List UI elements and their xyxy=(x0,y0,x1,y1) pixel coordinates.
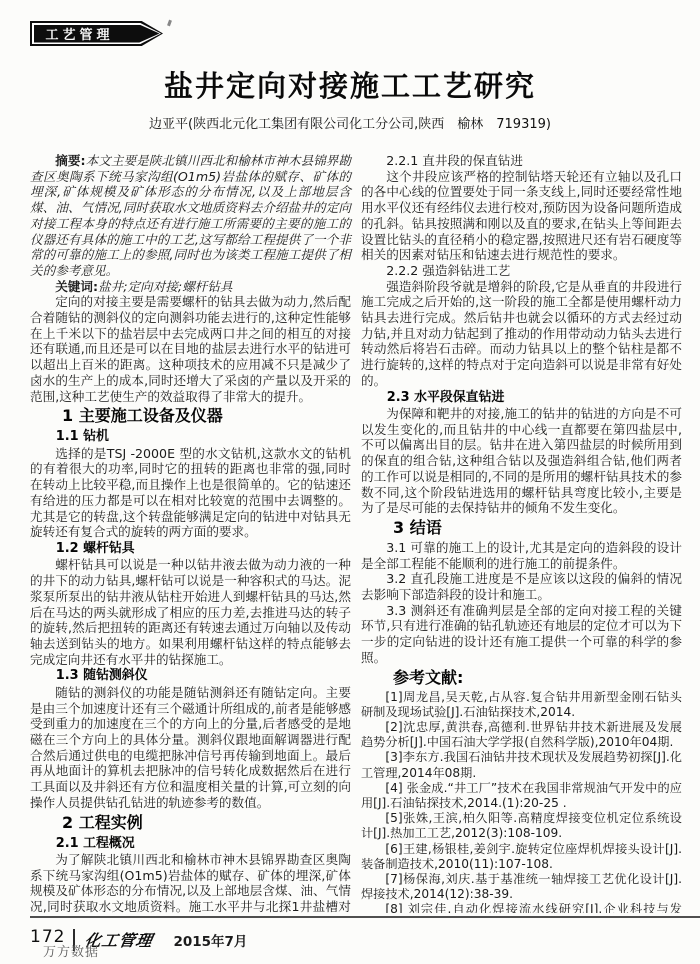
section-heading-equipment: 1 主要施工设备及仪器 xyxy=(30,404,351,428)
abstract-label: 摘要: xyxy=(55,153,85,168)
reference-item: [1]周龙昌,吴天乾,占从容.复合钻井用新型金刚石钻头研制及现场试验[J].石油… xyxy=(361,690,682,720)
paragraph-vertical: 这个井段应该严格的控制钻塔天轮还有立轴以及孔口的各中心线的位置要处于同一条支线上… xyxy=(361,169,682,263)
keywords-line: 关键词:盐井;定向对接;螺杆钻具 xyxy=(30,279,351,295)
paragraph-screw: 螺杆钻具可以说是一种以钻井液去做为动力液的一种的井下的动力钻具,螺杆钻可以说是一… xyxy=(30,557,351,667)
subsection-heading-screw: 1.2 螺杆钻具 xyxy=(30,540,351,558)
reference-item: [3]李东方.我国石油钻井技术现状及发展趋势初探[J].化工管理,2014年08… xyxy=(361,750,682,780)
subsubsection-heading-deviation: 2.2.2 强造斜钻进工艺 xyxy=(361,263,682,279)
reference-item: [6]王建,杨银桂,姜剑宇.旋转定位座焊机焊接头设计[J].装备制造技术,201… xyxy=(361,842,682,872)
author-line: 边亚平(陕西北元化工集团有限公司化工分公司,陕西 榆林 719319) xyxy=(0,113,700,132)
paragraph-mwd: 随钻的测斜仪的功能是随钻测斜还有随钻定向。主要是由三个加速度计还有三个磁通计所组… xyxy=(30,685,351,811)
conclusion-item-1: 3.1 可靠的施工上的设计,尤其是定向的造斜段的设计是全部工程能不能顺利的进行施… xyxy=(361,540,682,571)
reference-item: [8] 刘宗佳.自动化焊接流水线研究[J].企业科技与发展,2014(8):29… xyxy=(361,902,682,913)
reference-item: [2]沈忠厚,黄洪春,高德利.世界钻井技术新进展及发展趋势分析[J].中国石油大… xyxy=(361,720,682,750)
reference-item: [4] 张金成.“井工厂”技术在我国非常规油气开发中的应用[J].石油钻探技术,… xyxy=(361,781,682,811)
paragraph-overview: 为了解陕北镇川西北和榆林市神木县锦界勘查区奥陶系下统马家沟组(O1m5)岩盐体的… xyxy=(30,852,351,913)
paragraph-deviation: 强造斜阶段爷就是增斜的阶段,它是从垂直的井段进行施工完成之后开始的,这一阶段的施… xyxy=(361,279,682,389)
subsection-heading-horizontal: 2.3 水平段保直钻进 xyxy=(361,389,682,407)
section-heading-example: 2 工程实例 xyxy=(30,811,351,835)
footer-rule xyxy=(30,916,700,918)
paragraph-drill: 选择的是TSJ -2000E 型的水文钻机,这款水文的钻机的有着很大的功率,同时… xyxy=(30,446,351,540)
subsection-heading-mwd: 1.3 随钻测斜仪 xyxy=(30,667,351,685)
subsection-heading-drill: 1.1 钻机 xyxy=(30,428,351,446)
reference-item: [7]杨保海,刘庆.基于基准统一轴焊接工艺优化设计[J].焊接技术,2014(1… xyxy=(361,872,682,902)
paper-page: 工艺管理 盐井定向对接施工工艺研究 边亚平(陕西北元化工集团有限公司化工分公司,… xyxy=(0,0,700,964)
category-badge-label: 工艺管理 xyxy=(34,25,160,43)
issue-date: 2015年7月 xyxy=(173,930,247,950)
reference-item: [5]张姝,王滨,柏久阳等.高精度焊接变位机定位系统设计[J].热加工工艺,20… xyxy=(361,811,682,841)
conclusion-item-3: 3.3 测斜还有准确判层是全部的定向对接工程的关键环节,只有进行准确的钻孔轨迹还… xyxy=(361,603,682,666)
abstract-paragraph: 摘要:本文主要是陕北镇川西北和榆林市神木县锦界勘查区奥陶系下统马家沟组(O1m5… xyxy=(30,153,351,279)
watermark: 万方数据 xyxy=(43,941,99,960)
reference-list: [1]周龙昌,吴天乾,占从容.复合钻井用新型金刚石钻头研制及现场试验[J].石油… xyxy=(361,690,682,913)
keywords-text: 盐井;定向对接;螺杆钻具 xyxy=(98,279,232,294)
intro-paragraph: 定向的对接主要是需要螺杆的钻具去做为动力,然后配合着随钻的测斜仪的定向测斜功能去… xyxy=(30,294,351,404)
section-heading-conclusion: 3 结语 xyxy=(361,516,682,540)
right-column: 2.2.1 直井段的保直钻进 这个井段应该严格的控制钻塔天轮还有立轴以及孔口的各… xyxy=(361,153,682,913)
left-column: 摘要:本文主要是陕北镇川西北和榆林市神木县锦界勘查区奥陶系下统马家沟组(O1m5… xyxy=(30,153,351,913)
conclusion-item-2: 3.2 直孔段施工进度是不是应该以这段的偏斜的情况去影响下部造斜段的设计和施工。 xyxy=(361,571,682,602)
scan-speck xyxy=(167,20,172,27)
category-badge: 工艺管理 xyxy=(30,21,163,46)
abstract-text: 本文主要是陕北镇川西北和榆林市神木县锦界勘查区奥陶系下统马家沟组(O1m5)岩盐… xyxy=(30,153,351,278)
subsection-heading-overview: 2.1 工程概况 xyxy=(30,835,351,853)
subsubsection-heading-vertical: 2.2.1 直井段的保直钻进 xyxy=(361,153,682,169)
page-title: 盐井定向对接施工工艺研究 xyxy=(0,64,700,105)
keywords-label: 关键词: xyxy=(55,279,98,294)
paragraph-horizontal: 为保障和靶井的对接,施工的钻井的钻进的方向是不可以发生变化的,而且钻井的中心线一… xyxy=(361,406,682,516)
article-body: 摘要:本文主要是陕北镇川西北和榆林市神木县锦界勘查区奥陶系下统马家沟组(O1m5… xyxy=(30,153,682,913)
section-heading-references: 参考文献: xyxy=(361,666,682,690)
